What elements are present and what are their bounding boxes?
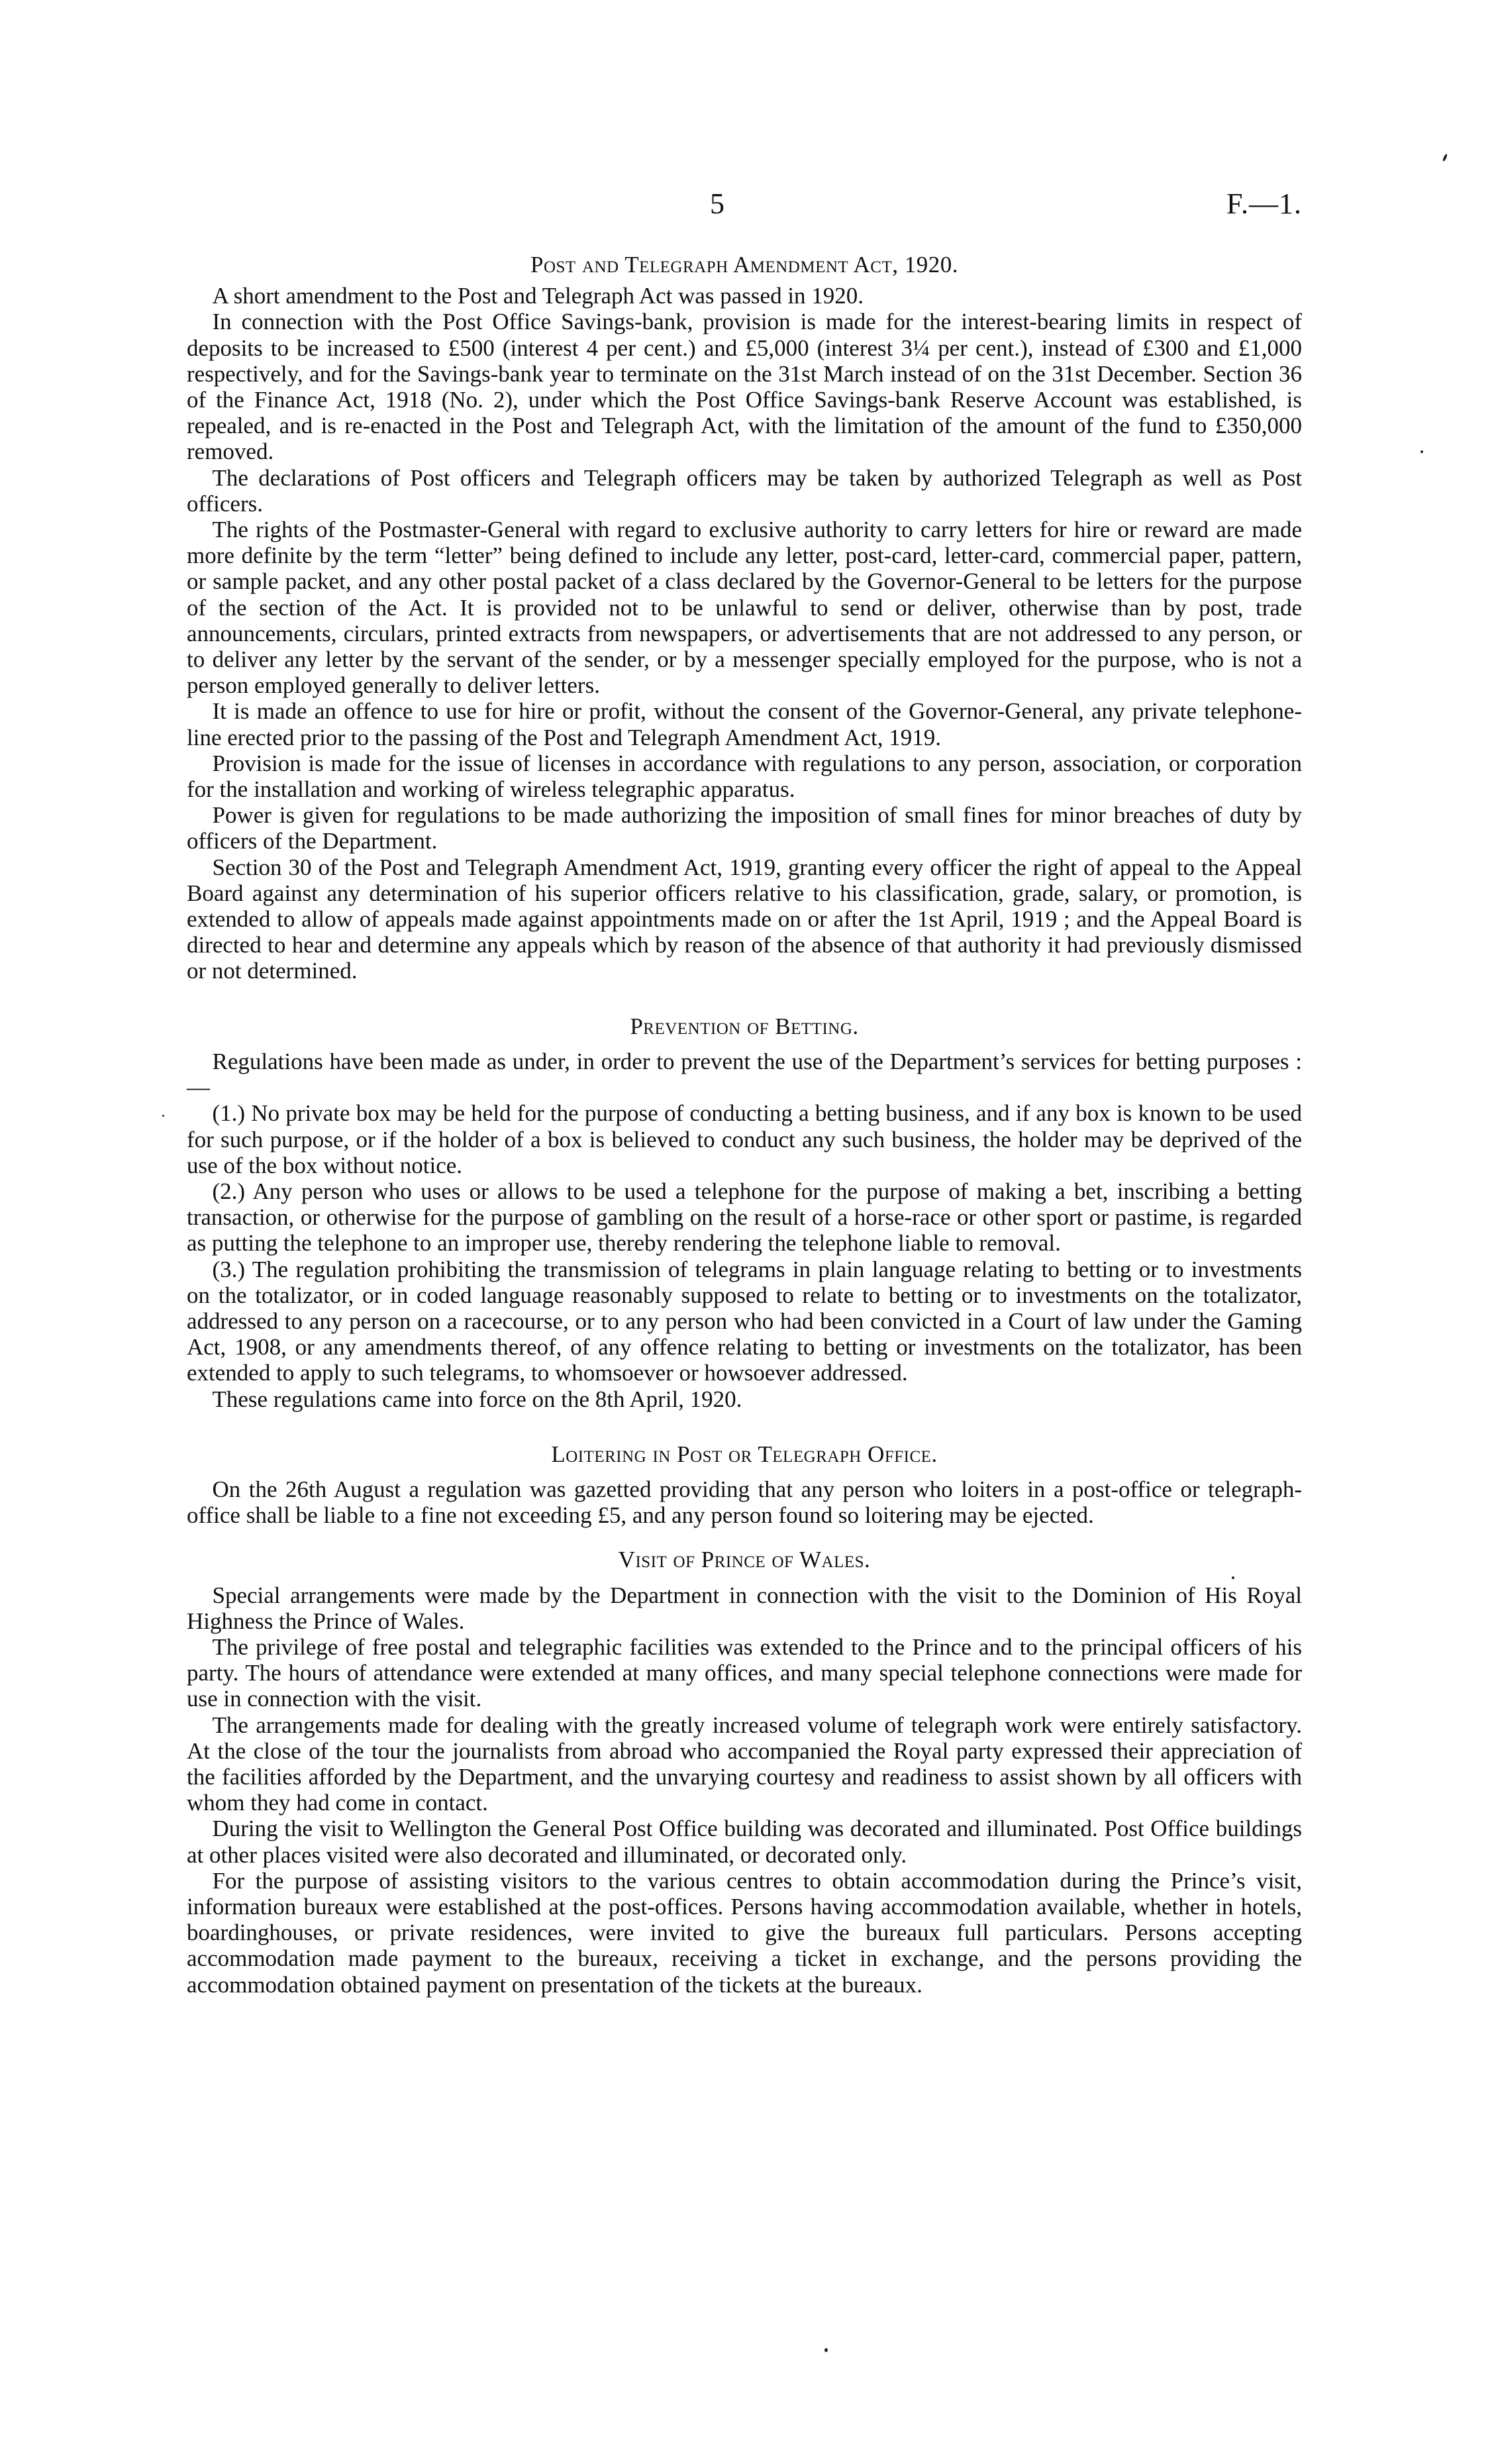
paragraph: The arrangements made for dealing with t… xyxy=(187,1712,1302,1816)
section-title: Prevention of Betting. xyxy=(187,1013,1302,1039)
section-title: Loitering in Post or Telegraph Office. xyxy=(187,1441,1302,1467)
section-post-telegraph-amendment-act: Post and Telegraph Amendment Act, 1920. … xyxy=(187,252,1302,984)
section-loitering: Loitering in Post or Telegraph Office. O… xyxy=(187,1441,1302,1529)
scan-speck xyxy=(1232,1576,1234,1579)
document-body: Post and Telegraph Amendment Act, 1920. … xyxy=(187,252,1302,1998)
paragraph: (2.) Any person who uses or allows to be… xyxy=(187,1178,1302,1257)
paragraph: It is made an offence to use for hire or… xyxy=(187,698,1302,750)
paragraph: In connection with the Post Office Savin… xyxy=(187,309,1302,464)
paragraph: Regulations have been made as under, in … xyxy=(187,1049,1302,1100)
scan-speck xyxy=(162,1115,164,1117)
section-title: Post and Telegraph Amendment Act, 1920. xyxy=(187,252,1302,278)
scan-speck xyxy=(1420,450,1423,453)
paragraph: On the 26th August a regulation was gaze… xyxy=(187,1476,1302,1528)
paragraph: For the purpose of assisting visitors to… xyxy=(187,1868,1302,1998)
page-number: 5 xyxy=(710,187,724,221)
scan-speck xyxy=(1442,154,1448,162)
paragraph: During the visit to Wellington the Gener… xyxy=(187,1816,1302,1867)
paragraph: The privilege of free postal and telegra… xyxy=(187,1634,1302,1712)
paragraph: A short amendment to the Post and Telegr… xyxy=(187,283,1302,309)
section-visit-prince-of-wales: Visit of Prince of Wales. Special arrang… xyxy=(187,1547,1302,1997)
paragraph: Provision is made for the issue of licen… xyxy=(187,750,1302,802)
paragraph: Special arrangements were made by the De… xyxy=(187,1582,1302,1634)
paragraph: The rights of the Postmaster-General wit… xyxy=(187,517,1302,698)
section-title: Visit of Prince of Wales. xyxy=(187,1547,1302,1572)
section-prevention-of-betting: Prevention of Betting. Regulations have … xyxy=(187,1013,1302,1412)
paragraph: (3.) The regulation prohibiting the tran… xyxy=(187,1257,1302,1386)
paragraph: Power is given for regulations to be mad… xyxy=(187,802,1302,854)
paragraph: Section 30 of the Post and Telegraph Ame… xyxy=(187,854,1302,984)
scan-speck xyxy=(824,2348,828,2352)
running-head: 5 F.—1. xyxy=(187,187,1302,227)
paragraph: These regulations came into force on the… xyxy=(187,1386,1302,1412)
paragraph: The declarations of Post officers and Te… xyxy=(187,465,1302,517)
paragraph: (1.) No private box may be held for the … xyxy=(187,1100,1302,1178)
document-reference: F.—1. xyxy=(1226,187,1302,221)
